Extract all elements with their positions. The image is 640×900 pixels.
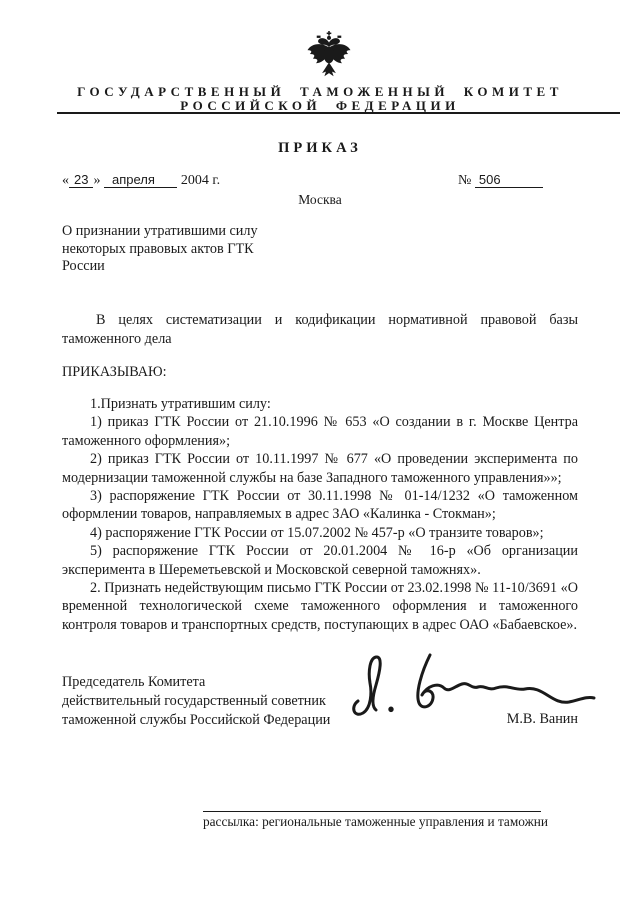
distribution-note: рассылка: региональные таможенные управл… [203, 814, 548, 830]
body-paragraph: 1.Признать утратившим силу: [62, 395, 578, 413]
date-month-value: апреля [104, 172, 177, 188]
body-paragraph: 5) распоряжение ГТК России от 20.01.2004… [62, 542, 578, 579]
subject-block: О признании утратившими силу некоторых п… [62, 223, 302, 276]
order-body: 1.Признать утратившим силу: 1) приказ ГТ… [62, 395, 578, 634]
subject-line: некоторых правовых актов ГТК [62, 241, 302, 259]
body-paragraph: 4) распоряжение ГТК России от 15.07.2002… [62, 524, 578, 542]
footer-divider [203, 811, 541, 812]
letterhead-divider [57, 112, 620, 114]
coat-of-arms-icon [306, 30, 352, 83]
signatory-title-line: таможенной службы Российской Федерации [62, 711, 362, 730]
signatory-title-line: Председатель Комитета [62, 673, 362, 692]
signatory-title-line: действительный государственный советник [62, 692, 362, 711]
body-paragraph: 3) распоряжение ГТК России от 30.11.1998… [62, 487, 578, 524]
number-value: 506 [475, 172, 543, 188]
date-year: 2004 г. [181, 173, 220, 188]
body-paragraph: 2) приказ ГТК России от 10.11.1997 № 677… [62, 450, 578, 487]
body-paragraph: 1) приказ ГТК России от 21.10.1996 № 653… [62, 413, 578, 450]
body-paragraph: 2. Признать недействующим письмо ГТК Рос… [62, 579, 578, 634]
signatory-title-block: Председатель Комитета действительный гос… [62, 673, 362, 731]
number-label: № [458, 173, 471, 188]
date-day-value: 23 [69, 172, 93, 188]
preamble-paragraph: В целях систематизации и кодификации нор… [62, 311, 578, 348]
scanned-order-document: ГОСУДАРСТВЕННЫЙ ТАМОЖЕННЫЙ КОМИТЕТ РОССИ… [0, 0, 640, 900]
date-line: «23» апреля2004 г. [62, 172, 220, 189]
date-quote-open: « [62, 173, 69, 188]
document-title: ПРИКАЗ [0, 140, 640, 157]
city-label: Москва [0, 192, 640, 208]
resolution-word: ПРИКАЗЫВАЮ: [62, 364, 167, 381]
subject-line: России [62, 258, 302, 276]
document-number-line: № 506 [458, 172, 543, 189]
date-quote-close: » [93, 173, 100, 188]
signer-name: М.В. Ванин [490, 711, 578, 728]
subject-line: О признании утратившими силу [62, 223, 302, 241]
